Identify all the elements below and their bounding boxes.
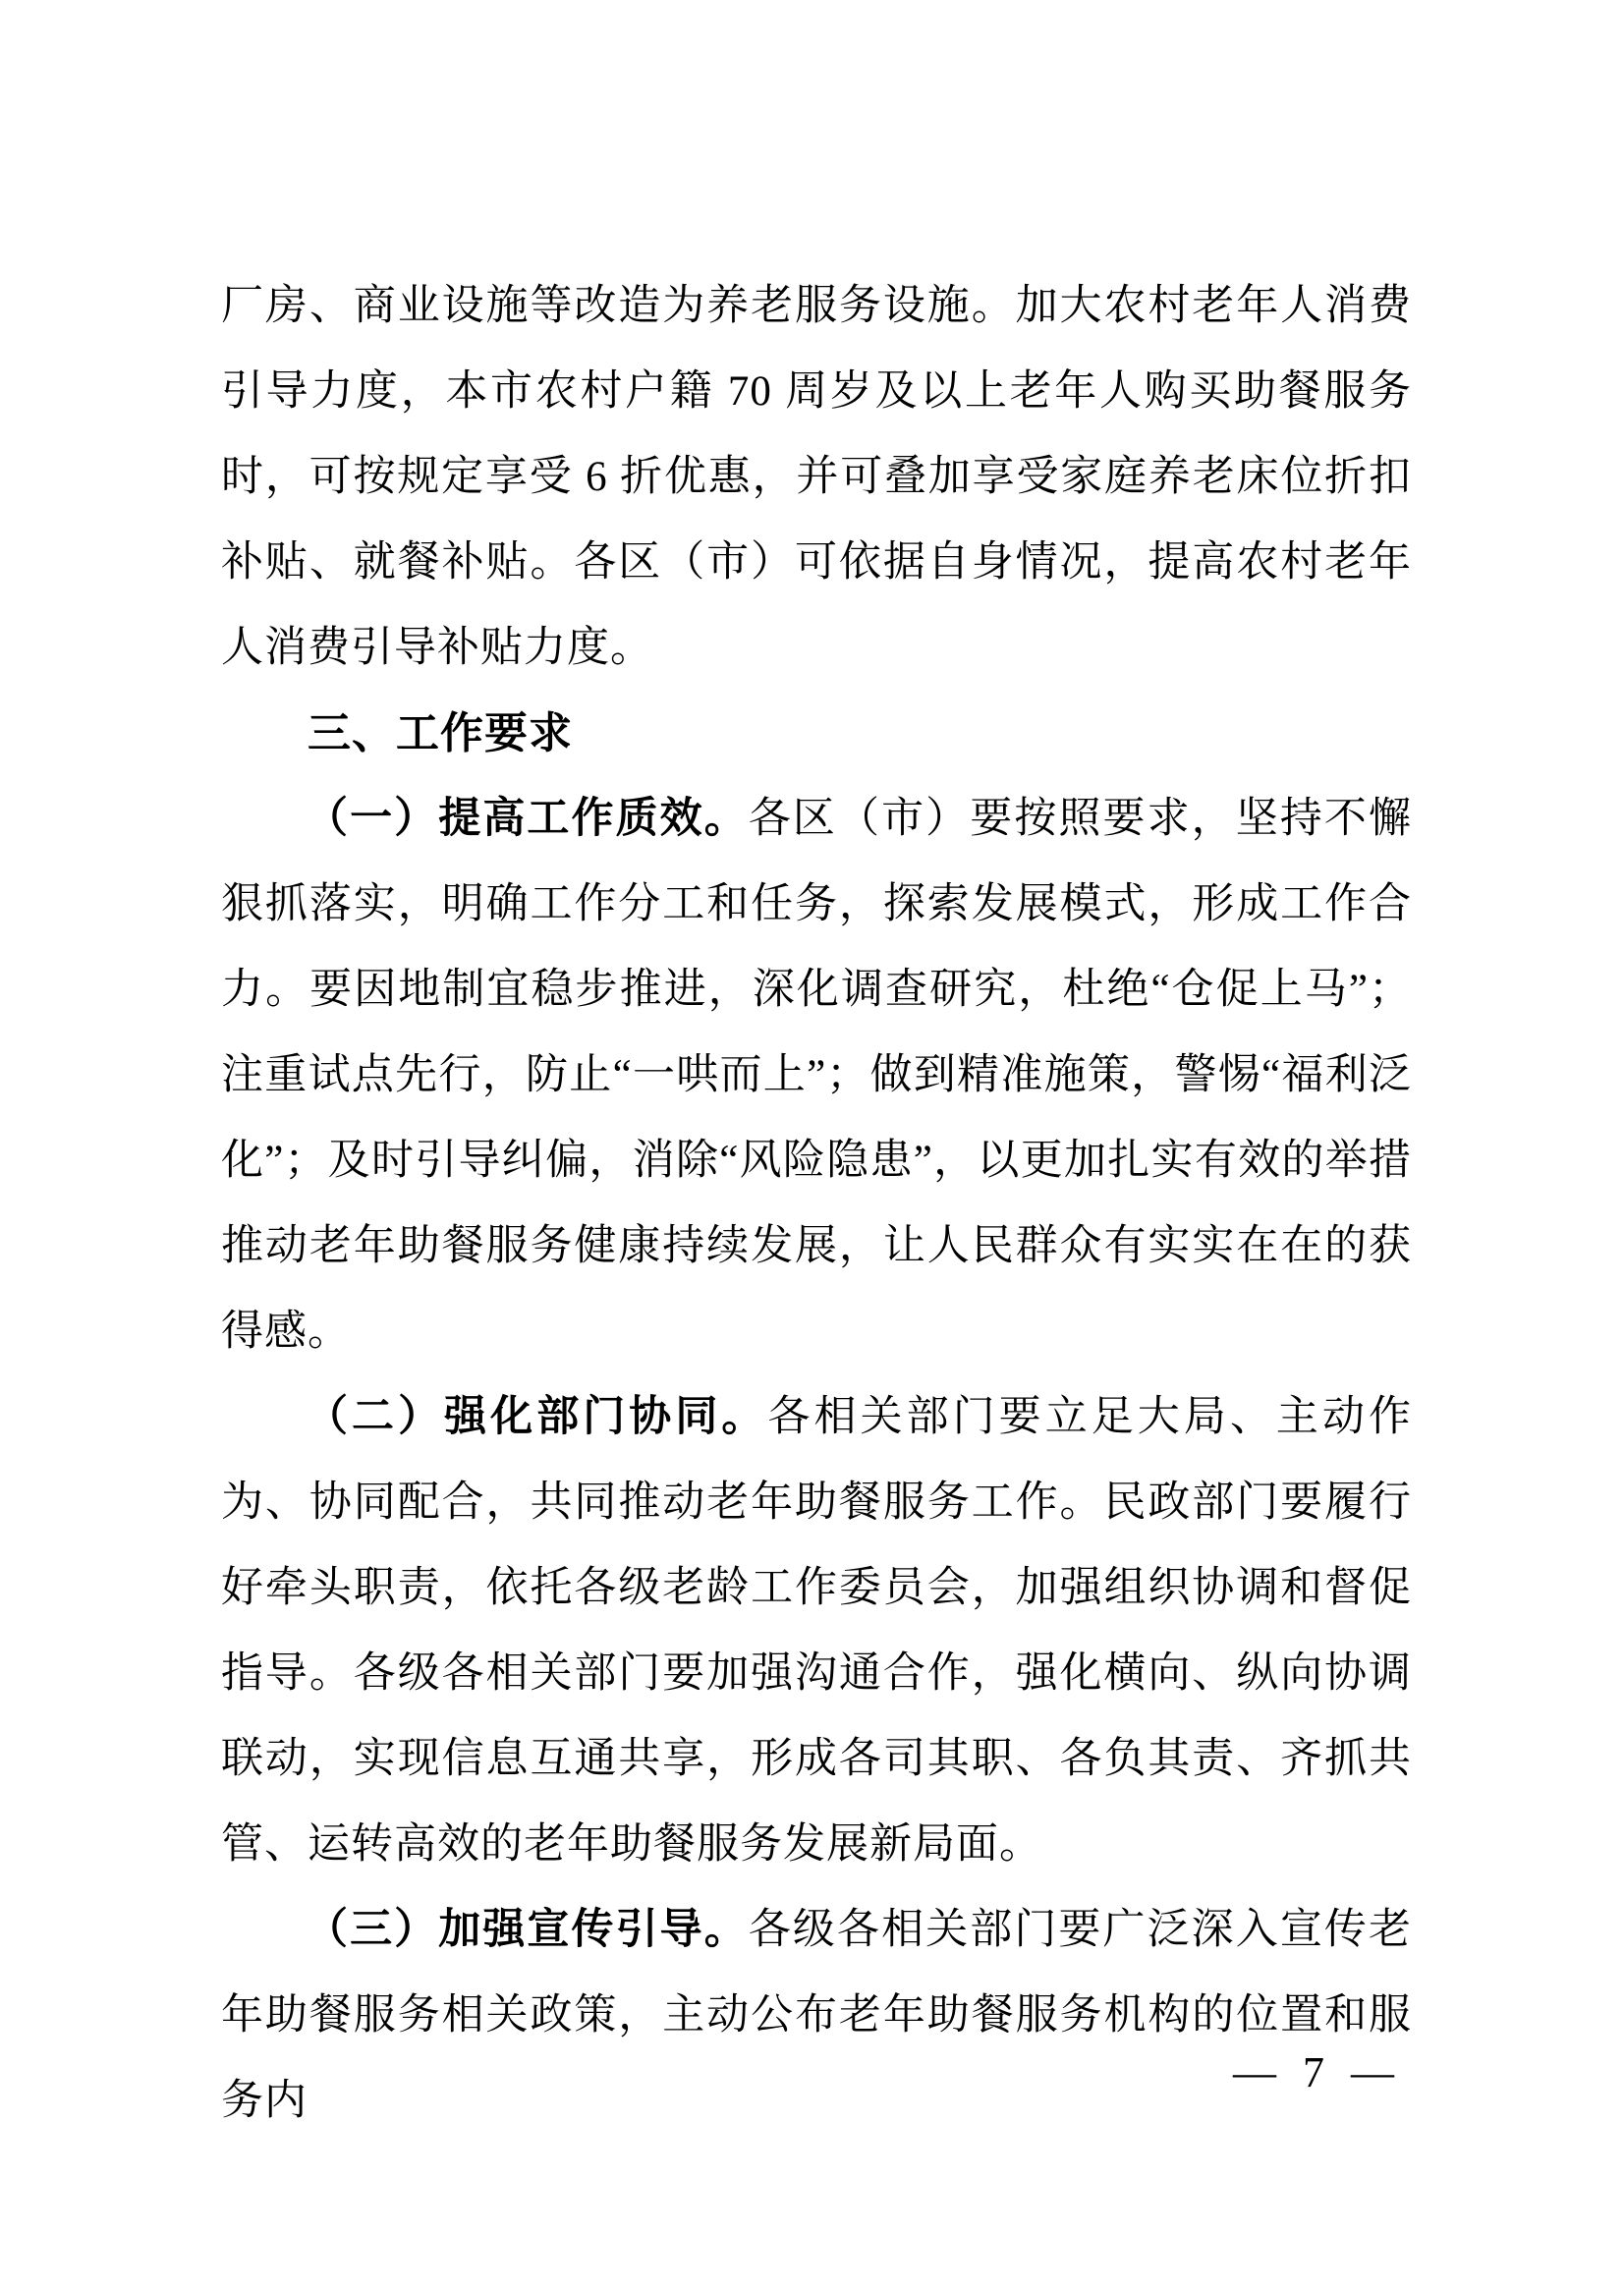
item-3-lead: （三）加强宣传引导。 (306, 1907, 749, 1953)
page-number: — 7 — (1233, 2049, 1402, 2096)
paragraph-continuation: 厂房、商业设施等改造为养老服务设施。加大农村老年人消费引导力度，本市农村户籍 7… (221, 263, 1412, 691)
paragraph-item-2: （二）强化部门协同。各相关部门要立足大局、主动作为、协同配合，共同推动老年助餐服… (221, 1374, 1412, 1887)
item-1-lead: （一）提高工作质效。 (306, 796, 749, 842)
item-2-body: 各相关部门要立足大局、主动作为、协同配合，共同推动老年助餐服务工作。民政部门要履… (221, 1394, 1412, 1868)
item-2-lead: （二）强化部门协同。 (306, 1394, 767, 1440)
document-page: 厂房、商业设施等改造为养老服务设施。加大农村老年人消费引导力度，本市农村户籍 7… (0, 0, 1624, 2290)
item-1-body: 各区（市）要按照要求，坚持不懈狠抓落实，明确工作分工和任务，探索发展模式，形成工… (221, 796, 1412, 1355)
paragraph-item-3: （三）加强宣传引导。各级各相关部门要广泛深入宣传老年助餐服务相关政策，主动公布老… (221, 1887, 1412, 2144)
document-body: 厂房、商业设施等改造为养老服务设施。加大农村老年人消费引导力度，本市农村户籍 7… (221, 263, 1412, 2144)
paragraph-item-1: （一）提高工作质效。各区（市）要按照要求，坚持不懈狠抓落实，明确工作分工和任务，… (221, 776, 1412, 1374)
section-heading: 三、工作要求 (221, 691, 1412, 776)
